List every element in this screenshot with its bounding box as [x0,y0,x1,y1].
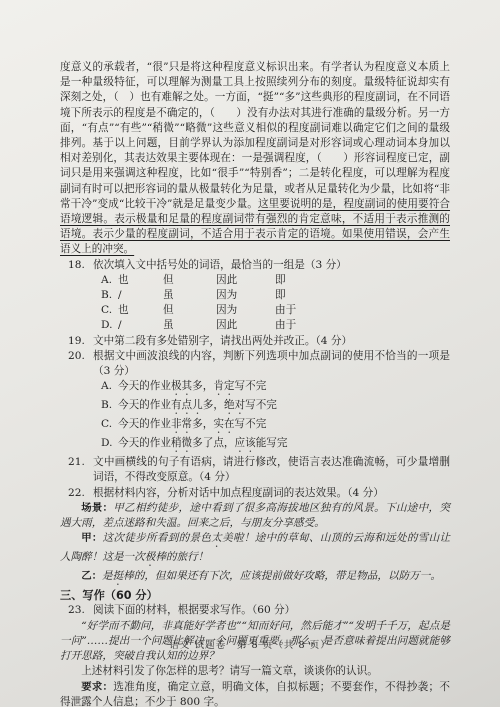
option-word: 因此 [216,273,275,288]
q20-option-a: A.今天的作业极其多，肯定写不完 [101,379,450,398]
dialogue-text: 棒的旅行！ [155,551,208,563]
option-word: 但 [163,273,216,288]
option-label: B. [101,288,118,303]
dialogue-text: 棒的，但如果还有下次，应该提前做好攻略，带足物品，以防万一。 [123,570,441,582]
question-19: 19. 文中第二段有多处错别字，请找出两处并改正。（4 分） [60,334,450,349]
option-text: 多， [192,380,213,392]
passage-text: 度意义的承载者，“很”只是将这种程度意义标识出来。有学者认为程度意义本质上是一种… [60,61,450,210]
q18-option-b: B./虽因为即 [101,288,450,303]
option-text: 多， [192,418,213,430]
option-word: / [118,288,163,303]
question-22-stem: 根据材料内容，分析对话中加点程度副词的表达效果。（4 分） [93,487,384,499]
question-18-stem: 依次填入文中括号处的词语，最恰当的一组是（3 分） [93,259,347,271]
dialogue-jia: 甲：这次徒步所看到的景色太美啦！途中的草甸、山顶的云海和远处的雪山让人陶醉！这是… [60,531,450,569]
dotted-adverb: 应该 [235,437,256,449]
scene-paragraph: 场景：甲乙相约徒步，途中看到了很多高海拔地区独有的风景。下山途中，突遇大雨，差点… [60,501,450,531]
dialogue-yi: 乙：是挺棒的，但如果还有下次，应该提前做好攻略，带足物品，以防万一。 [60,569,450,588]
option-text: 写不完 [245,399,277,411]
question-23-stem: 阅读下面的材料，根据要求写作。（60 分） [93,604,295,616]
option-word: 但 [163,303,216,318]
option-text: 写不完 [235,418,267,430]
dotted-adverb: 极 [145,551,156,563]
requirements-text: 选准角度，确定立意，明确文体，自拟标题；不要套作，不得抄袭；不得泄露个人信息；不… [60,681,450,707]
question-22-number: 22. [68,486,85,501]
q20-option-d: D.今天的作业稍微多了点，应该能写完 [101,436,450,455]
dotted-adverb: 绝对 [224,399,245,411]
question-20-number: 20. [68,349,85,364]
option-label: C. [101,303,118,318]
option-word: 也 [118,303,163,318]
question-21: 21. 文中画横线的句子有语病，请进行修改，使语言表达准确流畅，可少量增删词语，… [60,455,450,485]
option-text: 今天的作业 [118,418,171,430]
option-word: 虽 [163,318,216,333]
speaker-jia-label: 甲： [81,532,102,544]
option-text: 多了点， [192,437,234,449]
option-label: C. [101,417,118,432]
q20-option-b: B.今天的作业有点儿多，绝对写不完 [101,398,450,417]
section-3-heading: 三、写作（60 分） [60,588,450,603]
option-word: 由于 [275,319,296,331]
dotted-adverb: 实在 [213,418,234,430]
question-18: 18. 依次填入文中括号处的词语，最恰当的一组是（3 分） A.也但因此即 B.… [60,258,450,334]
option-word: / [118,318,163,333]
requirements-label: 要求： [81,681,113,693]
q18-option-d: D./虽因此由于 [101,318,450,333]
speaker-yi-label: 乙： [81,570,102,582]
option-label: A. [101,379,118,394]
option-label: D. [101,318,118,333]
option-word: 也 [118,273,163,288]
exam-page: 度意义的承载者，“很”只是将这种程度意义标识出来。有学者认为程度意义本质上是一种… [0,0,500,707]
option-word: 由于 [275,304,296,316]
q20-option-c: C.今天的作业非常多，实在写不完 [101,417,450,436]
dialogue-text: 这次徒步所看到的景色 [103,532,212,544]
question-18-number: 18. [68,258,85,273]
question-22: 22. 根据材料内容，分析对话中加点程度副词的表达效果。（4 分） [60,486,450,501]
option-text: 多， [203,399,224,411]
dotted-adverb: 肯定 [213,380,234,392]
option-word: 因此 [216,318,275,333]
passage-paragraph: 度意义的承载者，“很”只是将这种程度意义标识出来。有学者认为程度意义本质上是一种… [60,60,450,258]
writing-requirements: 要求：选准角度，确定立意，明确文体，自拟标题；不要套作，不得抄袭；不得泄露个人信… [60,680,450,707]
question-20-stem: 根据文中画波浪线的内容，判断下列选项中加点副词的使用不恰当的一项是（3 分） [93,350,450,377]
dotted-adverb: 稍微 [171,437,192,449]
q18-option-c: C.也但因为由于 [101,303,450,318]
question-23: 23. 阅读下面的材料，根据要求写作。（60 分） [60,603,450,618]
question-19-number: 19. [68,334,85,349]
option-word: 因为 [216,303,275,318]
page-footer: 语文 试题卷 第 8 页（共 8 页） [0,637,500,651]
question-19-stem: 文中第二段有多处错别字，请找出两处并改正。（4 分） [93,335,352,347]
option-text: 今天的作业 [118,437,171,449]
q18-option-a: A.也但因此即 [101,273,450,288]
dotted-adverb: 太 [211,532,222,544]
dotted-adverb: 有点儿 [171,399,203,411]
option-label: B. [101,398,118,413]
option-text: 能写完 [256,437,288,449]
dotted-adverb: 挺 [113,570,124,582]
option-text: 今天的作业 [118,380,171,392]
option-label: A. [101,273,118,288]
dotted-adverb: 极其 [171,380,192,392]
scene-text: 甲乙相约徒步，途中看到了很多高海拔地区独有的风景。下山途中，突遇大雨，差点迷路和… [60,502,450,529]
option-label: D. [101,436,118,451]
writing-prompt: 上述材料引发了你怎样的思考？请写一篇文章，谈谈你的认识。 [60,664,450,679]
option-word: 即 [275,274,286,286]
dotted-adverb: 非常 [171,418,192,430]
question-20: 20. 根据文中画波浪线的内容，判断下列选项中加点副词的使用不恰当的一项是（3 … [60,349,450,455]
option-word: 因为 [216,288,275,303]
option-word: 即 [275,289,286,301]
question-21-stem: 文中画横线的句子有语病，请进行修改，使语言表达准确流畅，可少量增删词语，不得改变… [93,456,450,483]
option-word: 虽 [163,288,216,303]
question-23-number: 23. [68,603,85,618]
option-text: 写不完 [235,380,267,392]
question-21-number: 21. [68,455,85,470]
scene-label: 场景： [81,502,113,514]
option-text: 今天的作业 [118,399,171,411]
dialogue-text: 是 [102,570,113,582]
